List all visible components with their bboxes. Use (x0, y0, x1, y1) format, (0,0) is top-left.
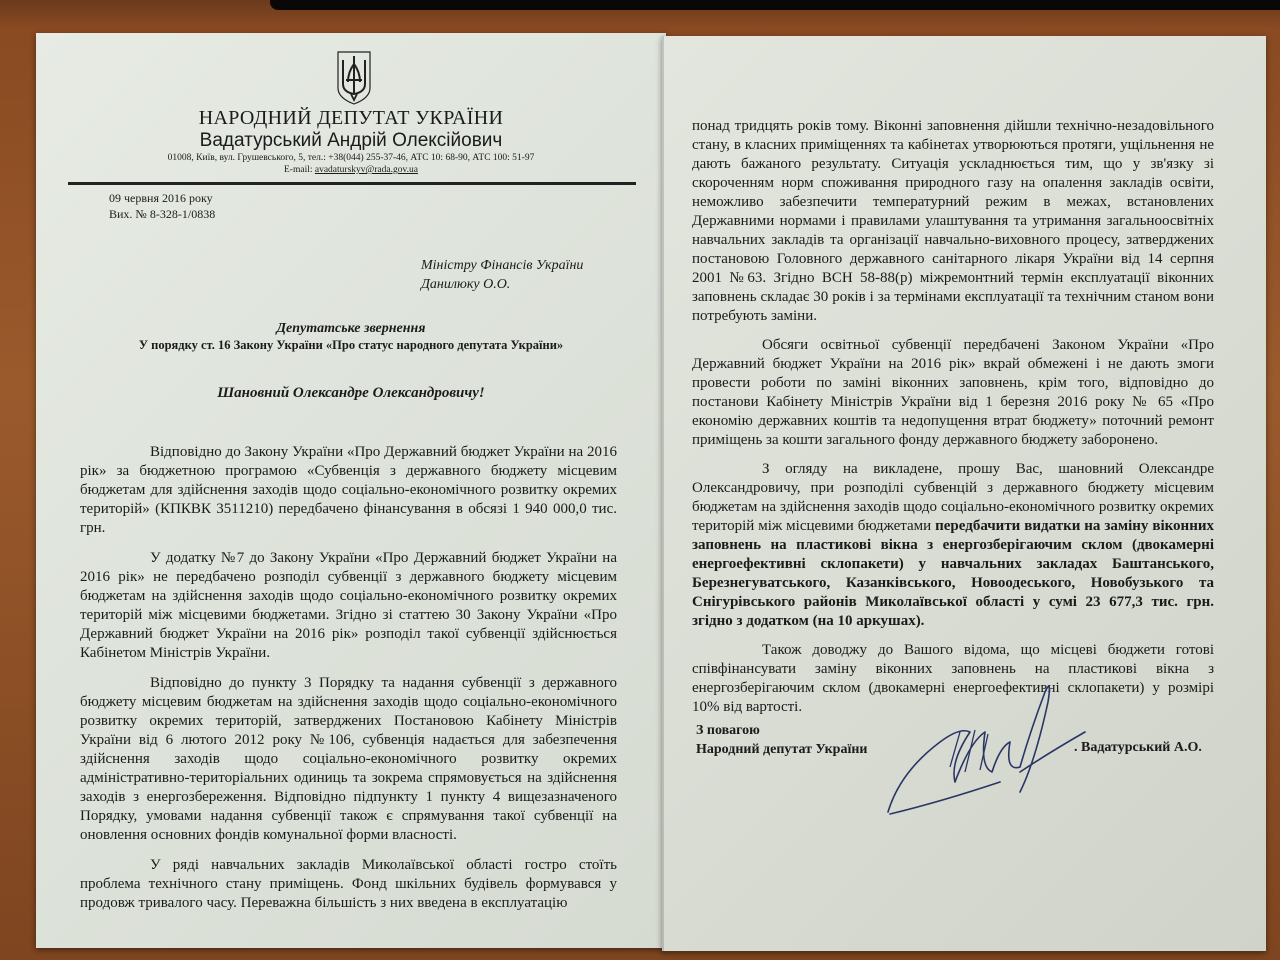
letterhead-address: 01008, Київ, вул. Грушевського, 5, тел.:… (36, 153, 666, 163)
salutation: Шановний Олександре Олександровичу! (36, 385, 666, 402)
letterhead-email-line: E-mail: avadaturskyv@rada.gov.ua (36, 165, 666, 175)
appeal-title: Депутатське звернення (36, 321, 666, 337)
paragraph: Обсяги освітньої субвенції передбачені З… (692, 336, 1214, 450)
closing-regards: З повагою (696, 721, 867, 740)
addressee-line2: Данилюку О.О. (421, 275, 583, 294)
request-paragraph: З огляду на викладене, прошу Вас, шановн… (692, 460, 1214, 631)
closing-position: Народний депутат України (696, 740, 867, 759)
addressee: Міністру Фінансів України Данилюку О.О. (421, 256, 583, 294)
email-link[interactable]: avadaturskyv@rada.gov.ua (315, 165, 418, 175)
letterhead-title: НАРОДНИЙ ДЕПУТАТ УКРАЇНИ (36, 107, 666, 130)
page2-body: понад тридцять років тому. Віконні запов… (692, 117, 1214, 727)
paragraph: У ряді навчальних закладів Миколаївської… (80, 856, 617, 913)
email-label: E-mail: (284, 165, 315, 175)
letterhead-name: Вадатурський Андрій Олексійович (36, 130, 666, 152)
request-emphasis: передбачити видатки на заміну віконних з… (692, 518, 1214, 629)
paragraph: Відповідно до Закону України «Про Держав… (80, 443, 617, 538)
letter-page-1: НАРОДНИЙ ДЕПУТАТ УКРАЇНИ Вадатурський Ан… (36, 33, 666, 948)
paragraph: У додатку №7 до Закону України «Про Держ… (80, 549, 617, 663)
desk-background-object (270, 0, 1280, 10)
trident-icon (334, 50, 374, 106)
letter-page-2: понад тридцять років тому. Віконні запов… (662, 36, 1266, 951)
page-edge (662, 36, 664, 951)
signer-name: . Вадатурський А.О. (1074, 740, 1202, 756)
header-divider (68, 182, 636, 185)
page1-body: Відповідно до Закону України «Про Держав… (80, 443, 617, 924)
paragraph: Відповідно до пункту 3 Порядку та наданн… (80, 674, 617, 845)
signature-icon (880, 672, 1100, 822)
addressee-line1: Міністру Фінансів України (421, 256, 583, 275)
outgoing-number: Вих. № 8-328-1/0838 (109, 207, 215, 222)
letter-date: 09 червня 2016 року (109, 191, 213, 206)
paragraph: понад тридцять років тому. Віконні запов… (692, 117, 1214, 326)
closing-block: З повагою Народний депутат України (696, 721, 867, 759)
appeal-subtitle: У порядку ст. 16 Закону України «Про ста… (36, 338, 666, 353)
